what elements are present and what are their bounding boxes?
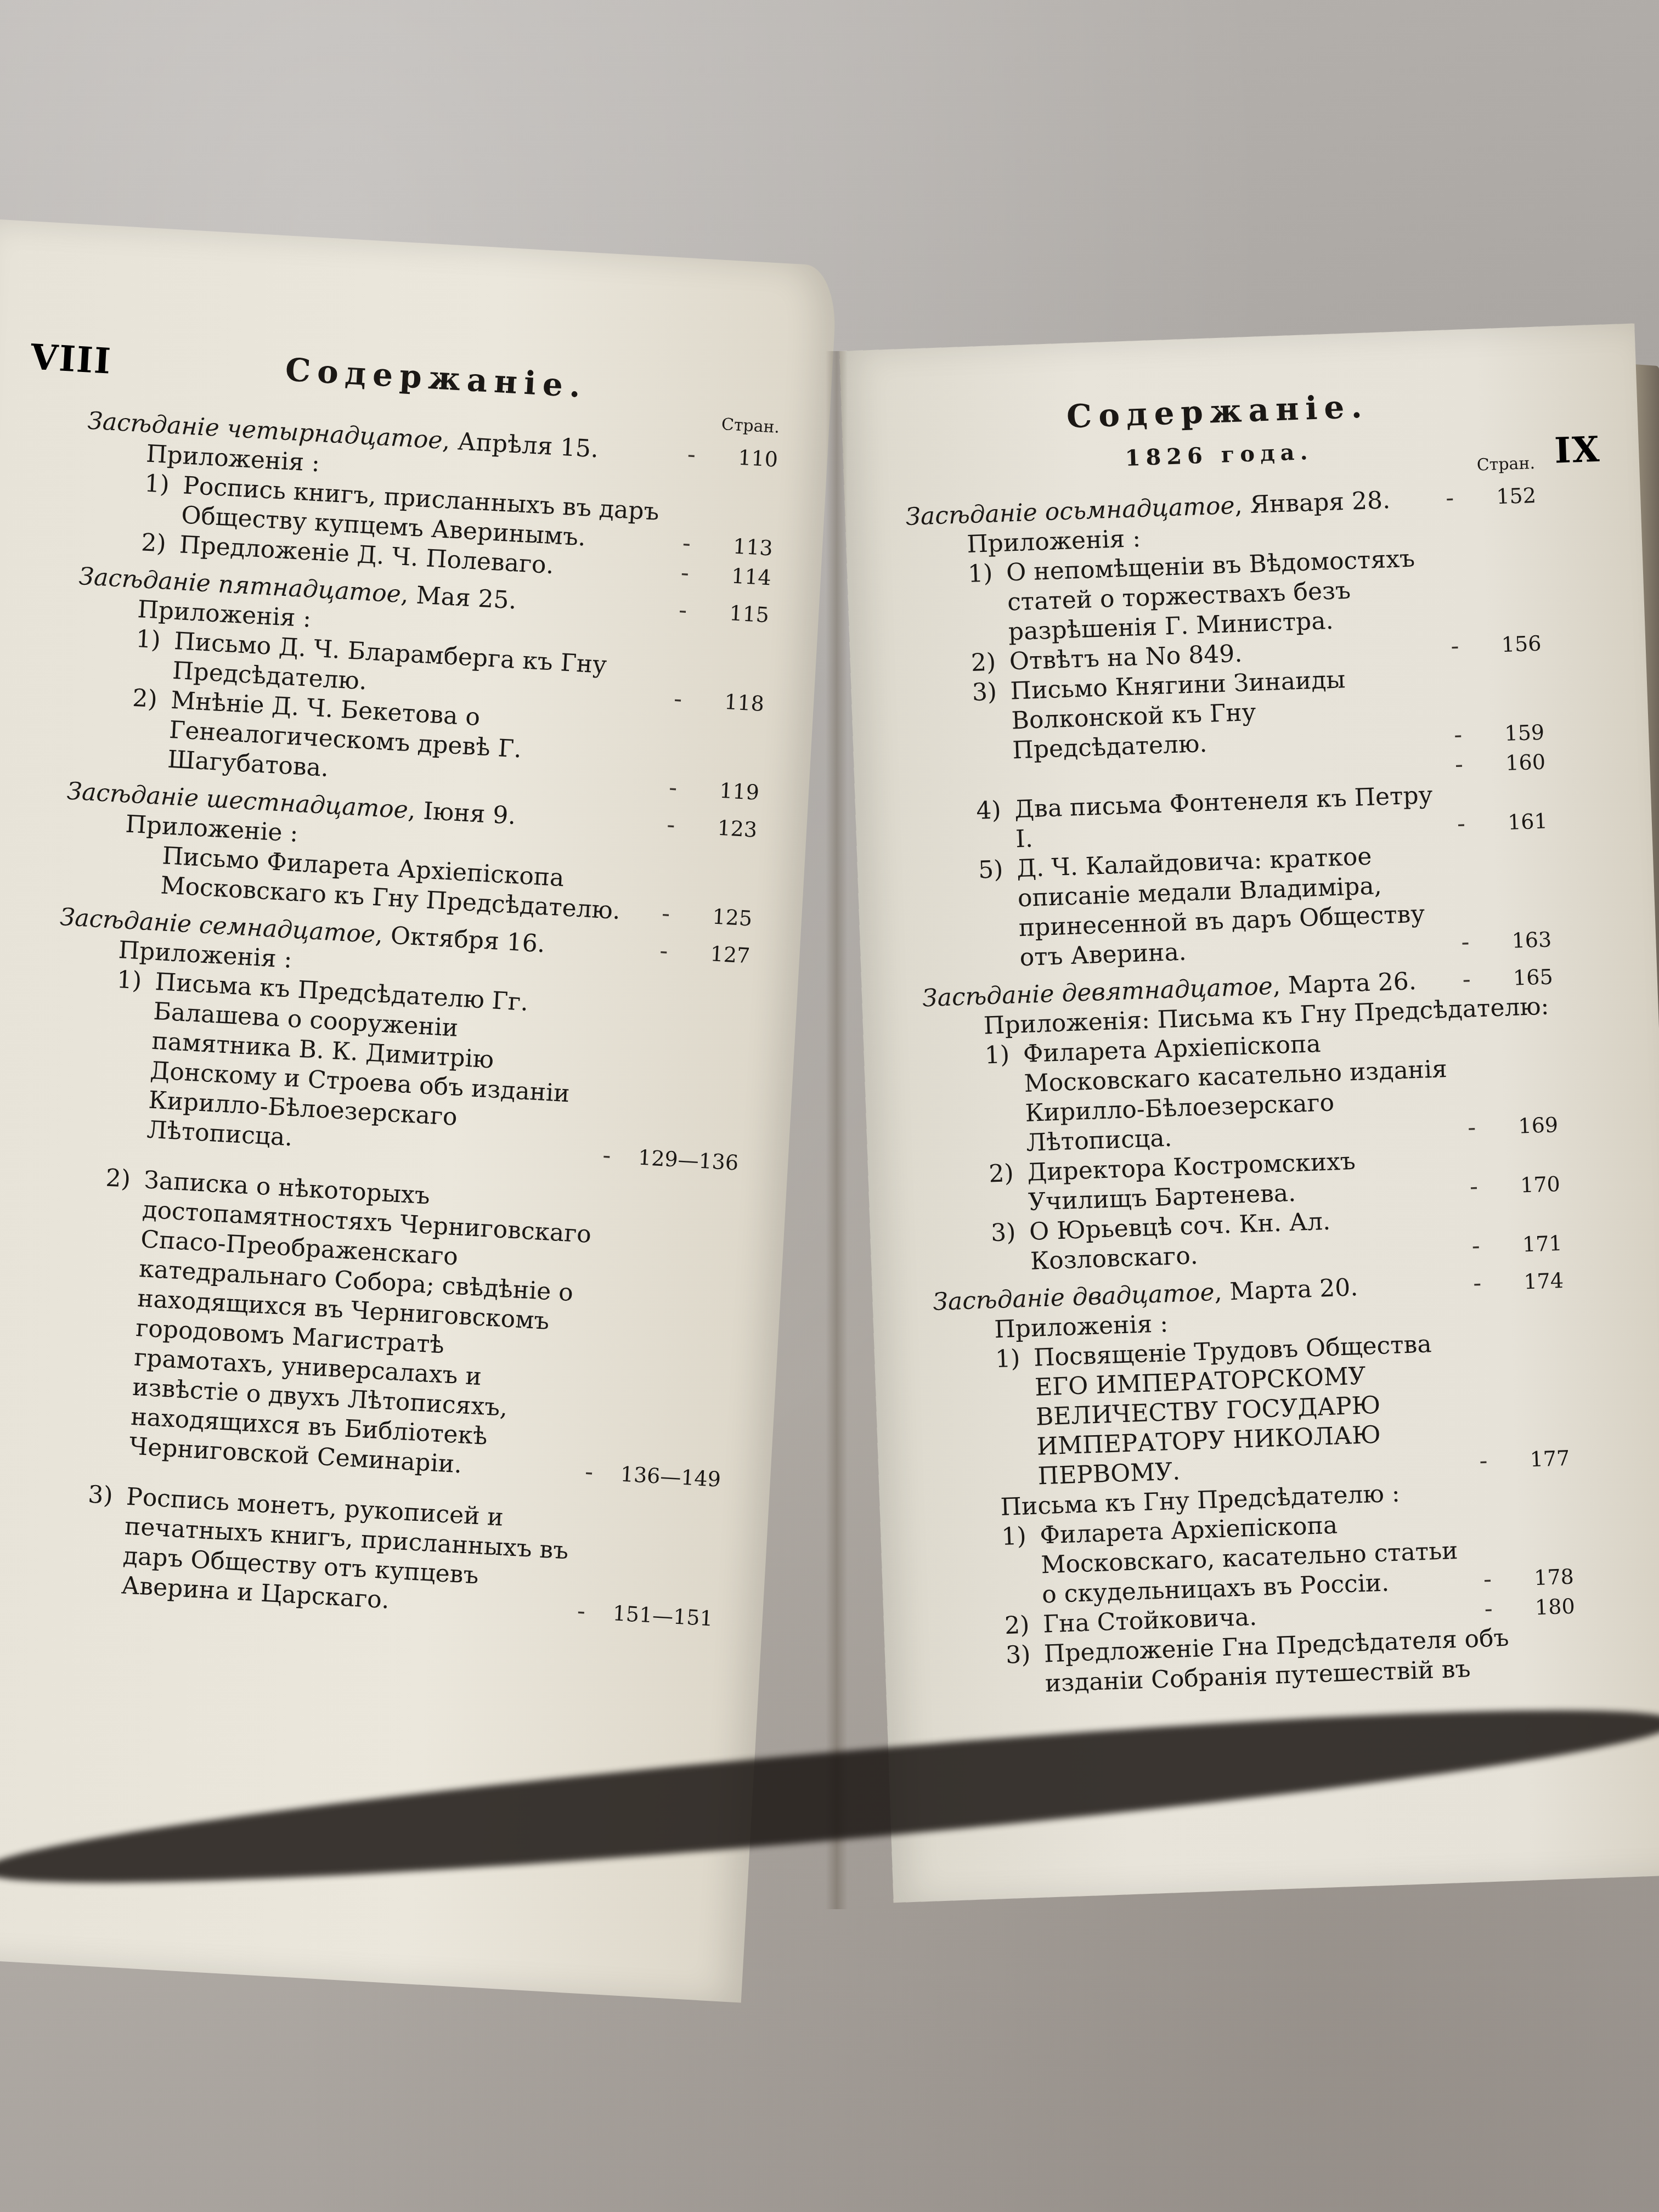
item-text: О Юрьевцѣ соч. Кн. Ал. Козловскаго. [1029, 1207, 1331, 1276]
dot-leader: - [675, 558, 718, 590]
session-date: Марта 26. [1288, 967, 1417, 1000]
page-number: 180 [1520, 1592, 1576, 1623]
item-number: 4) [975, 795, 1015, 826]
session-date: Мая 25. [415, 581, 517, 614]
item-text: Д. Ч. Калайдовича: краткое описаніе меда… [1016, 843, 1425, 972]
dot-leader: - [1449, 749, 1491, 780]
entry-text: 1)Филарета Архіепіскопа Московскаго, кас… [1001, 1506, 1479, 1611]
book-gutter [826, 351, 848, 1909]
toc-item: 3)Роспись монетъ, рукописей и печатныхъ … [22, 1476, 719, 1633]
dot-leader: - [1448, 719, 1490, 751]
dot-leader: - [579, 1457, 622, 1489]
item-number: 2) [1004, 1610, 1043, 1640]
page-number [1522, 1680, 1577, 1682]
separator: , [1272, 972, 1289, 1000]
page-number: 113 [717, 531, 774, 563]
entry-text: 1)Посвященіе Трудовъ Общества ЕГО ИМПЕРА… [995, 1328, 1474, 1493]
item-number: 2) [132, 684, 172, 715]
item-number: 1) [967, 558, 1007, 589]
dot-leader: - [1440, 482, 1482, 513]
dot-leader: - [656, 899, 698, 930]
toc-item: 2)Записка о нѣкоторыхъ достопамятностяхъ… [30, 1160, 736, 1494]
item-text: Филарета Архіепіскопа Московскаго касате… [1023, 1030, 1448, 1157]
page-number: 161 [1492, 806, 1548, 837]
left-page: VIII Содержаніе. Стран. Засѣданіе четырн… [0, 219, 838, 2002]
separator: , [1214, 1278, 1231, 1306]
separator: , [1234, 491, 1251, 520]
dot-leader: - [1474, 1445, 1516, 1476]
dot-leader: - [1445, 630, 1487, 662]
item-number: 1) [116, 965, 156, 997]
page-number: 123 [702, 812, 758, 844]
item-number: 1) [144, 469, 184, 501]
dot-leader: - [1451, 808, 1493, 839]
session-date: Января 28. [1250, 486, 1391, 519]
item-text: О непомѣщеніи въ Вѣдомостяхъ статей о то… [1006, 545, 1415, 646]
item-text: Филарета Архіепіскопа Московскаго, касат… [1040, 1511, 1459, 1609]
separator: , [400, 580, 417, 609]
entry-text: 2)Записка о нѣкоторыхъ достопамятностяхъ… [90, 1164, 595, 1487]
dot-leader: - [676, 528, 719, 560]
separator: , [442, 427, 459, 455]
page-number: 110 [722, 442, 778, 474]
page-number: 136—149 [620, 1459, 722, 1494]
item-text: Роспись монетъ, рукописей и печатныхъ кн… [121, 1483, 569, 1615]
entry-text: 1)О непомѣщеніи въ Вѣдомостяхъ статей о … [967, 542, 1475, 648]
item-number: 3) [990, 1217, 1030, 1248]
item-number: 2) [970, 647, 1010, 678]
page-number: 159 [1489, 718, 1545, 749]
session-date: Іюня 9. [422, 797, 516, 830]
left-page-content: Содержаніе. Стран. Засѣданіе четырнадцат… [22, 340, 782, 1634]
dot-leader: - [1462, 1112, 1504, 1143]
page-number: 160 [1490, 747, 1546, 778]
dot-leader: - [1479, 1593, 1521, 1624]
page-folio: IX [1554, 429, 1601, 472]
page-number: 169 [1503, 1110, 1559, 1141]
item-number [975, 788, 1014, 789]
dot-leader: - [1467, 1267, 1509, 1299]
page-number: 156 [1486, 629, 1542, 660]
page-number: 174 [1508, 1266, 1564, 1297]
entry-text: 1)Письма къ Предсѣдателю Гг. Балашева о … [108, 965, 606, 1170]
page-number: 165 [1498, 962, 1554, 993]
dot-leader: - [1477, 1564, 1520, 1595]
page-number: 177 [1514, 1443, 1570, 1475]
separator: , [407, 796, 424, 825]
toc-list: Засѣданіе четырнадцатое, Апрѣля 15.-110П… [22, 407, 778, 1634]
item-text: Письма къ Предсѣдателю Гг. Балашева о со… [146, 968, 570, 1152]
page-number: 163 [1496, 924, 1552, 956]
dot-leader: - [663, 772, 706, 804]
page-heading: Содержаніе. [901, 382, 1533, 441]
dot-leader: - [681, 439, 724, 471]
item-number: 1) [135, 624, 175, 656]
toc-list: Засѣданіе осьмнадцатое, Января 28.-152Пр… [905, 481, 1578, 1702]
dot-leader: - [596, 1140, 639, 1172]
item-text: Записка о нѣкоторыхъ достопамятностяхъ Ч… [128, 1166, 592, 1479]
page-number: 152 [1481, 481, 1537, 512]
page-number: 129—136 [637, 1143, 740, 1178]
dot-leader: - [668, 684, 710, 715]
dot-leader: - [1466, 1231, 1508, 1262]
item-number: 2) [989, 1158, 1028, 1189]
toc-item: 1)Посвященіе Трудовъ Общества ЕГО ИМПЕРА… [934, 1325, 1570, 1495]
item-number: 2) [105, 1164, 145, 1195]
dot-leader: - [1457, 964, 1499, 995]
session-date: Марта 20. [1229, 1273, 1358, 1306]
dot-leader: - [1464, 1171, 1506, 1203]
page-number: 171 [1507, 1228, 1563, 1260]
item-number: 2) [140, 528, 180, 560]
item-number: 5) [978, 854, 1017, 885]
right-page-content: Содержаніе. 1826 года. Стран. Засѣданіе … [901, 382, 1577, 1702]
page-number: 170 [1505, 1169, 1561, 1200]
entry-text: 5)Д. Ч. Калайдовича: краткое описаніе ме… [978, 839, 1456, 974]
dot-leader: - [1455, 927, 1498, 958]
page-number: 118 [709, 686, 765, 719]
item-text [1013, 766, 1014, 794]
toc-item: 1)Филарета Архіепіскопа Московскаго каса… [924, 1021, 1559, 1161]
toc-item: 5)Д. Ч. Калайдовича: краткое описаніе ме… [917, 836, 1552, 976]
page-number: 125 [697, 901, 753, 933]
page-number: 151—151 [612, 1598, 714, 1633]
item-number: 3) [972, 677, 1011, 708]
dot-leader [1511, 1682, 1522, 1683]
entry-text: 3)Письмо Княгини Зинаиды Волконской къ Г… [972, 662, 1449, 767]
item-text: Директора Костромскихъ Училищъ Бартенева… [1027, 1147, 1356, 1216]
dot-leader: - [673, 595, 715, 627]
dot-leader: - [661, 810, 703, 842]
dot-leader: - [571, 1596, 614, 1628]
page-number: 127 [695, 938, 751, 970]
item-number: 1) [995, 1344, 1034, 1374]
right-page: IX Содержаніе. 1826 года. Стран. Засѣдан… [839, 323, 1659, 1903]
page-number: 178 [1519, 1562, 1575, 1593]
item-number: 3) [1005, 1639, 1045, 1670]
separator: , [375, 921, 392, 949]
item-number [123, 861, 162, 864]
page-number: 114 [715, 560, 772, 592]
entry-text: 3)Роспись монетъ, рукописей и печатныхъ … [82, 1480, 578, 1626]
page-number: 119 [703, 775, 760, 807]
page-number: 115 [714, 597, 770, 630]
item-text: Посвященіе Трудовъ Общества ЕГО ИМПЕРАТО… [1033, 1330, 1432, 1490]
dot-leader: - [653, 936, 696, 968]
item-number: 1) [1001, 1521, 1041, 1552]
item-text: Письмо Княгини Зинаиды Волконской къ Гну… [1010, 665, 1346, 764]
entry-text: 1)Филарета Архіепіскопа Московскаго каса… [984, 1024, 1463, 1159]
item-number: 1) [984, 1040, 1024, 1070]
item-number: 3) [87, 1480, 127, 1512]
